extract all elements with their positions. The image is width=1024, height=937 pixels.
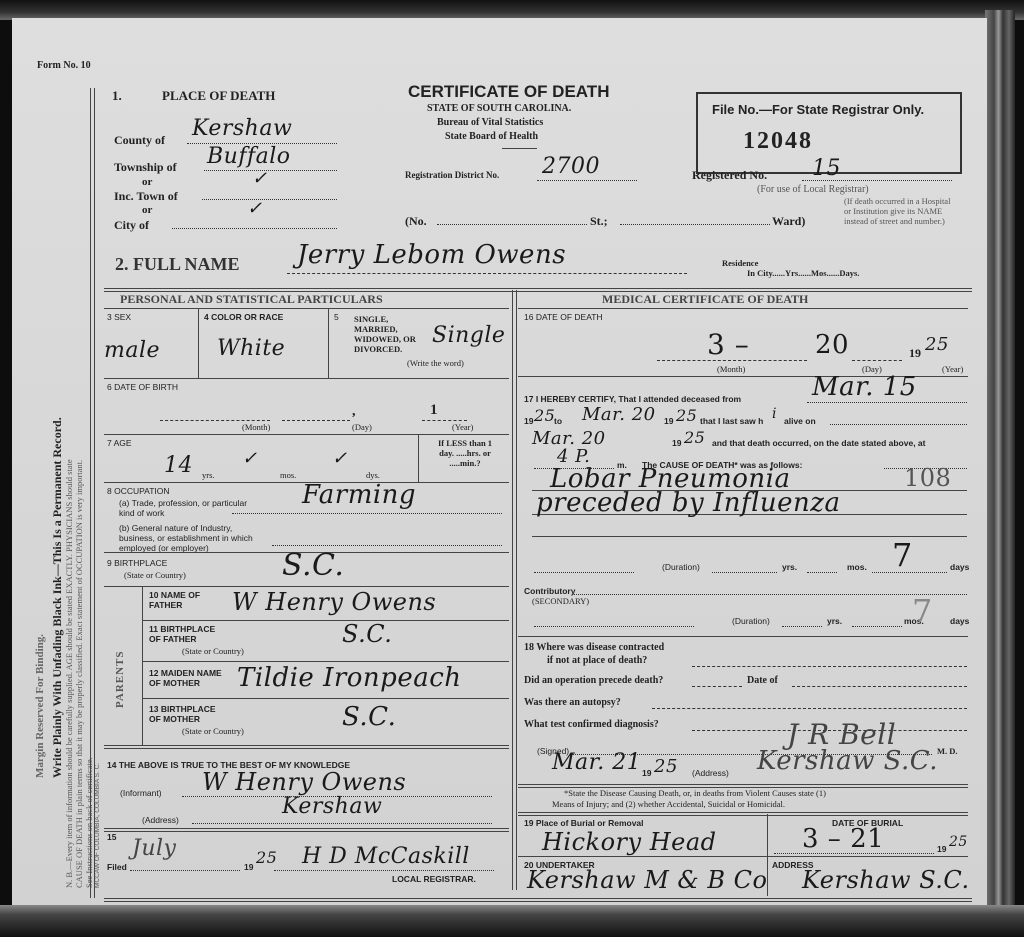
operation-label: Did an operation precede death? — [524, 675, 663, 686]
parents-label: PARENTS — [114, 650, 126, 708]
ward-label: Ward) — [772, 214, 805, 229]
md-label: M. D. — [937, 746, 958, 756]
state-name: STATE OF SOUTH CAROLINA. — [427, 103, 571, 114]
informant-address-value: Kershaw — [282, 794, 382, 819]
test-label: What test confirmed diagnosis? — [524, 719, 659, 730]
township-label: Township of — [114, 160, 177, 175]
physician-address-label: (Address) — [692, 768, 729, 778]
father-name-label: 10 NAME OF FATHER — [149, 590, 229, 610]
registration-district-label: Registration District No. — [405, 170, 499, 180]
duration-days: days — [950, 562, 969, 572]
occupation-value: Farming — [302, 480, 416, 510]
age-months-value: ✓ — [242, 448, 258, 469]
father-birthplace-value: S.C. — [342, 620, 392, 648]
registration-district-value: 2700 — [542, 154, 600, 179]
occupation-b: (b) General nature of Industry, business… — [119, 523, 259, 553]
place-of-death-heading: PLACE OF DEATH — [162, 88, 275, 104]
q18-label: 18 Where was disease contracted — [524, 642, 664, 653]
file-number-value: 12048 — [743, 128, 813, 155]
death-year-prefix: 19 — [909, 346, 921, 361]
attended-year1-prefix: 19 — [524, 416, 533, 426]
burial-year-value: 25 — [949, 834, 968, 850]
filed-year-value: 25 — [256, 848, 277, 867]
cause-code: 108 — [904, 464, 951, 492]
secondary-duration-value: 7 — [912, 592, 933, 630]
file-number-label: File No.—For State Registrar Only. — [712, 102, 924, 117]
dob-year-hint: (Year) — [452, 422, 473, 432]
cause-line-2: preceded by Influenza — [536, 488, 840, 518]
burial-place-label: 19 Place of Burial or Removal — [524, 818, 644, 828]
township-value: Buffalo — [207, 144, 291, 169]
local-registrar-signature: H D McCaskill — [302, 844, 470, 869]
last-saw-value: i — [772, 406, 777, 422]
frame-left — [90, 88, 91, 898]
sex-label: 3 SEX — [107, 312, 131, 322]
marital-value: Single — [432, 323, 505, 348]
full-name-value: Jerry Lebom Owens — [297, 240, 566, 270]
father-birthplace-label: 11 BIRTHPLACE OF FATHER — [149, 624, 229, 644]
alive-year-value: 25 — [684, 428, 705, 447]
town-value: ✓ — [252, 168, 268, 189]
death-year-value: 25 — [925, 334, 949, 355]
dob-year-value: 1 — [430, 402, 438, 419]
less-than-day-note: If LESS than 1 day. .....hrs. or .....mi… — [430, 438, 500, 468]
footnote-1: *State the Disease Causing Death, or, in… — [564, 788, 826, 798]
date-of-death-label: 16 DATE OF DEATH — [524, 312, 603, 322]
informant-address-label: (Address) — [142, 815, 179, 825]
mother-birthplace-label: 13 BIRTHPLACE OF MOTHER — [149, 704, 229, 724]
race-label: 4 COLOR OR RACE — [204, 312, 283, 322]
attended-to-text: to — [554, 416, 562, 426]
frame-left-2 — [94, 88, 95, 898]
signed-date-value: Mar. 21 — [552, 750, 641, 775]
city-label: City of — [114, 218, 149, 233]
burial-date-value: 3 – 21 — [802, 824, 884, 854]
death-certificate-page: Form No. 10 Margin Reserved For Binding.… — [12, 18, 987, 911]
age-years-value: 14 — [164, 453, 193, 478]
street-no-label: (No. — [405, 214, 427, 229]
footnote-2: Means of Injury; and (2) whether Acciden… — [552, 799, 785, 809]
certificate-title: CERTIFICATE OF DEATH — [408, 82, 609, 102]
informant-label: (Informant) — [120, 788, 162, 798]
mother-birthplace-value: S.C. — [342, 702, 396, 732]
q18-label-2: if not at place of death? — [547, 655, 647, 666]
section-1-number: 1. — [112, 88, 122, 104]
county-value: Kershaw — [192, 116, 292, 141]
alive-year-prefix: 19 — [672, 438, 681, 448]
local-registrar-note: (For use of Local Registrar) — [757, 184, 869, 195]
duration-value: 7 — [892, 536, 913, 574]
dys-label: dys. — [366, 470, 380, 480]
column-divider — [512, 290, 513, 890]
county-label: County of — [114, 133, 165, 148]
dob-month-hint: (Month) — [242, 422, 270, 432]
marital-options: SINGLE, MARRIED, WIDOWED, OR DIVORCED. — [354, 314, 434, 354]
book-spine-edge — [985, 10, 1015, 920]
death-month-value: 3 – — [707, 328, 749, 361]
secondary-label: (SECONDARY) — [532, 596, 589, 606]
operation-date-label: Date of — [747, 675, 778, 686]
hospital-note: (If death occurred in a Hospital or Inst… — [844, 196, 959, 226]
printer-credit: MCCAW OF COLUMBIA, COLUMBIA S. C. — [94, 763, 101, 888]
or-text: or — [142, 204, 152, 216]
death-occurred-text: and that death occurred, on the date sta… — [712, 438, 925, 448]
registered-no-value: 15 — [812, 156, 841, 181]
last-saw-text: that I last saw h — [700, 416, 763, 426]
burial-place-value: Hickory Head — [542, 828, 717, 856]
duration-label: (Duration) — [662, 562, 700, 572]
duration-mos: mos. — [847, 562, 867, 572]
father-birthplace-hint: (State or Country) — [182, 646, 244, 656]
signed-year-value: 25 — [654, 756, 678, 777]
medical-heading: MEDICAL CERTIFICATE OF DEATH — [602, 292, 808, 307]
mother-birthplace-hint: (State or Country) — [182, 726, 244, 736]
binding-note: Margin Reserved For Binding. — [34, 634, 46, 778]
form-number: Form No. 10 — [37, 60, 91, 71]
birthplace-value: S.C. — [282, 548, 344, 583]
alive-text: alive on — [784, 416, 816, 426]
death-day-value: 20 — [815, 330, 849, 360]
secondary-yrs: yrs. — [827, 616, 842, 626]
attended-year1-value: 25 — [534, 406, 555, 425]
yrs-label: yrs. — [202, 470, 215, 480]
birthplace-label: 9 BIRTHPLACE — [107, 558, 167, 568]
autopsy-label: Was there an autopsy? — [524, 697, 621, 708]
filed-label: Filed — [107, 862, 127, 872]
street-label: St.; — [590, 214, 608, 229]
nb-line-3: See Instructions on back of certificate. — [84, 757, 94, 888]
mos-label: mos. — [280, 470, 296, 480]
undertaker-address-value: Kershaw S.C. — [802, 866, 970, 894]
residence-duration: In City......Yrs......Mos......Days. — [747, 268, 859, 278]
dob-label: 6 DATE OF BIRTH — [107, 382, 178, 392]
contributory-label: Contributory — [524, 586, 575, 596]
father-name-value: W Henry Owens — [232, 588, 436, 616]
personal-heading: PERSONAL AND STATISTICAL PARTICULARS — [120, 292, 383, 307]
attended-to-value: Mar. 20 — [582, 404, 656, 425]
physician-address-value: Kershaw S.C. — [757, 746, 938, 776]
local-registrar-label: LOCAL REGISTRAR. — [392, 874, 476, 884]
mother-name-label: 12 MAIDEN NAME OF MOTHER — [149, 668, 229, 688]
race-value: White — [217, 336, 285, 361]
certify-text: 17 I HEREBY CERTIFY, That I attended dec… — [524, 394, 741, 404]
nb-line-2: CAUSE OF DEATH in plain terms so that it… — [74, 460, 84, 888]
nb-line-1: N. B.—Every item of information should b… — [64, 459, 74, 888]
sex-value: male — [104, 338, 160, 363]
attended-year2-value: 25 — [676, 406, 697, 425]
town-label: Inc. Town of — [114, 189, 178, 204]
death-month-hint: (Month) — [717, 364, 745, 374]
attended-year2-prefix: 19 — [664, 416, 673, 426]
occupation-label: 8 OCCUPATION — [107, 486, 170, 496]
board-name: State Board of Health — [445, 131, 538, 142]
or-text: or — [142, 176, 152, 188]
undertaker-value: Kershaw M & B Co — [527, 866, 768, 894]
mother-name-value: Tildie Ironpeach — [237, 663, 462, 693]
residence-label: Residence — [722, 258, 758, 268]
registered-no-label: Registered No. — [692, 168, 767, 183]
attended-from-value: Mar. 15 — [812, 372, 917, 402]
scan-border-top — [0, 0, 1024, 20]
marital-hint: (Write the word) — [407, 358, 464, 368]
filed-number: 15 — [107, 832, 116, 842]
ink-note: Write Plainly With Unfading Black Ink—Th… — [50, 417, 65, 778]
city-value: ✓ — [247, 198, 263, 219]
full-name-label: 2. FULL NAME — [115, 254, 240, 275]
marital-number: 5 — [334, 312, 339, 322]
filed-date-value: July — [132, 836, 176, 861]
signed-year-prefix: 19 — [642, 768, 651, 778]
bureau-name: Bureau of Vital Statistics — [437, 117, 543, 128]
birthplace-hint: (State or Country) — [124, 570, 186, 580]
occupation-a: (a) Trade, profession, or particular kin… — [119, 498, 249, 518]
duration-yrs: yrs. — [782, 562, 797, 572]
age-days-value: ✓ — [332, 448, 348, 469]
secondary-days: days — [950, 616, 969, 626]
informant-value: W Henry Owens — [202, 768, 406, 796]
filed-year-prefix: 19 — [244, 862, 253, 872]
age-label: 7 AGE — [107, 438, 132, 448]
death-year-hint: (Year) — [942, 364, 963, 374]
burial-year-prefix: 19 — [937, 844, 946, 854]
secondary-duration-label: (Duration) — [732, 616, 770, 626]
scan-border-bottom — [0, 905, 1024, 937]
dob-day-hint: (Day) — [352, 422, 372, 432]
